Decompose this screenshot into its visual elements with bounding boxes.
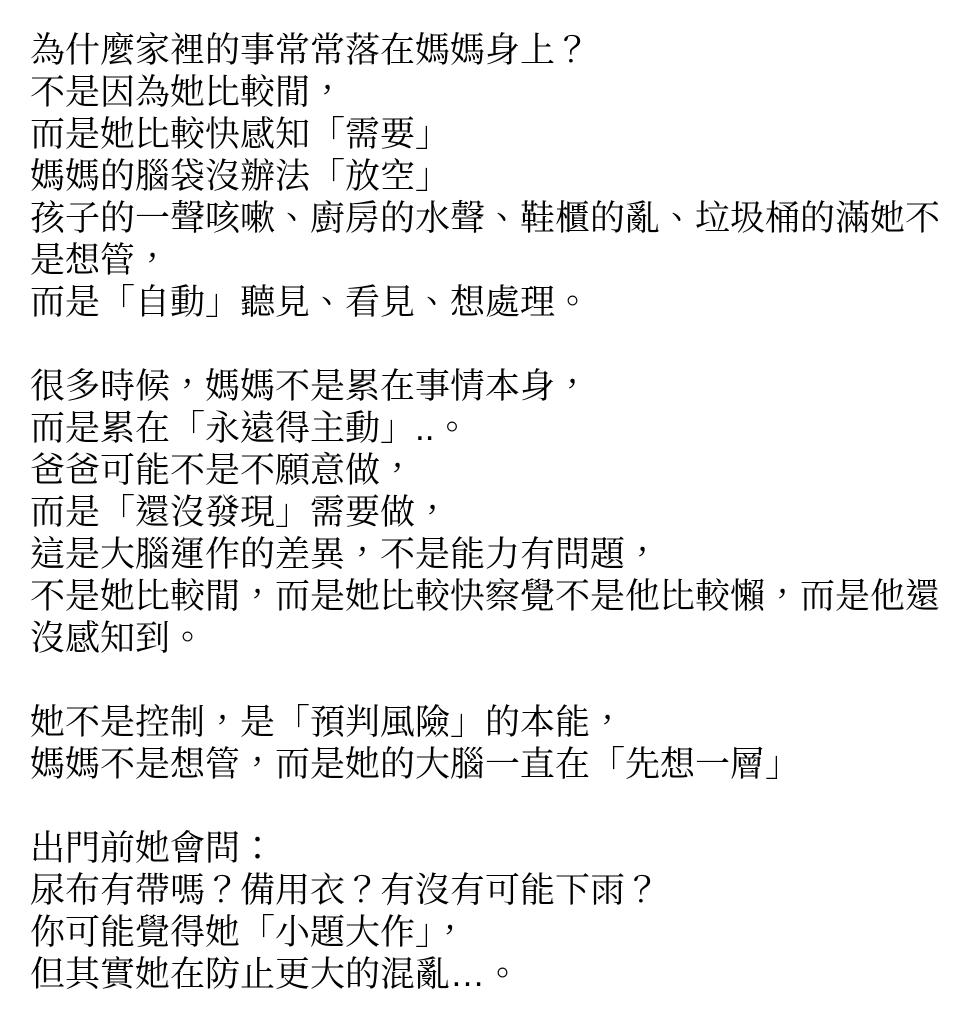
paragraph-risk-prediction: 她不是控制，是「預判風險」的本能， 媽媽不是想管，而是她的大腦一直在「先想一層」 [30, 702, 942, 786]
paragraph-always-initiating: 很多時候，媽媽不是累在事情本身， 而是累在「永遠得主動」..。 爸爸可能不是不願… [30, 366, 942, 660]
paragraph-before-leaving: 出門前她會問： 尿布有帶嗎？備用衣？有沒有可能下雨？ 你可能覺得她「小題大作」，… [30, 828, 942, 996]
document-page: 為什麼家裡的事常常落在媽媽身上？ 不是因為她比較閒， 而是她比較快感知「需要」 … [0, 0, 972, 1024]
paragraph-why-mom: 為什麼家裡的事常常落在媽媽身上？ 不是因為她比較閒， 而是她比較快感知「需要」 … [30, 30, 942, 324]
